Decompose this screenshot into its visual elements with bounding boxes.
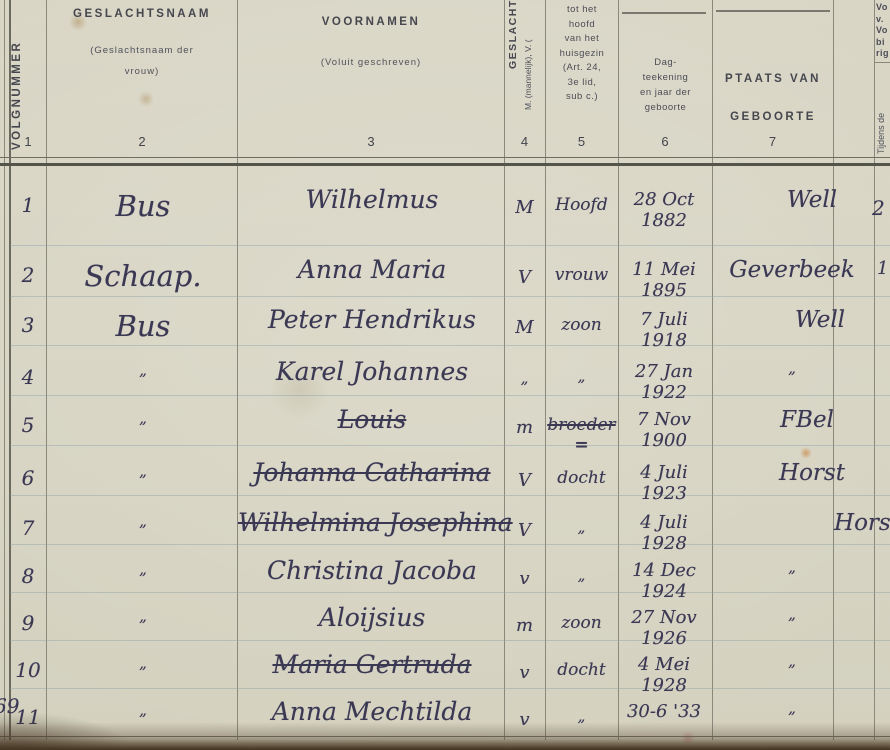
ruling-line: [10, 345, 890, 346]
first-names: Wilhelmus: [238, 185, 506, 214]
grid-line: [622, 12, 706, 14]
ruling-line: [10, 445, 890, 446]
relation-correction-mark: =: [545, 435, 618, 455]
birth-place: Horst: [732, 460, 890, 486]
ruling-line: [10, 640, 890, 641]
column-number-4: 4: [504, 134, 545, 149]
sex-mark: m: [504, 615, 545, 636]
ruling-line: [10, 495, 890, 496]
row-number: 9: [8, 611, 48, 635]
sex-mark: v: [504, 568, 545, 589]
column-volgnummer-title: VOLGNUMMER: [3, 0, 31, 220]
surname: „: [50, 462, 236, 480]
birth-place: Well: [732, 187, 890, 213]
row-number: 3: [8, 313, 48, 337]
surname: „: [50, 409, 236, 427]
birth-place: „: [712, 558, 872, 576]
birth-date: 7 Nov 1900: [614, 409, 714, 451]
sex-mark: V: [504, 267, 545, 288]
column-number-1: 1: [10, 134, 46, 149]
row-number: 1: [8, 193, 48, 217]
row-number: 8: [8, 564, 48, 588]
grid-line: [874, 62, 890, 63]
column-number-7: 7: [712, 134, 833, 149]
birth-date: 30-6 '33: [614, 701, 714, 722]
birth-place: „: [712, 359, 872, 377]
column-geslacht-subtitle: M. (mannelijk), V. (: [523, 0, 537, 110]
surname: „: [50, 654, 236, 672]
relation-to-head: docht: [545, 468, 618, 488]
grid-line: [0, 157, 890, 158]
first-names: Anna Maria: [238, 255, 506, 284]
sex-mark: M: [504, 317, 545, 338]
column-voornamen-title: VOORNAMEN: [238, 16, 504, 28]
column-betrekking-title: tot het hoofd van het huisgezin (Art. 24…: [546, 3, 618, 105]
surname: Bus: [50, 309, 236, 343]
first-names: Louis: [238, 405, 506, 434]
birth-date: 27 Nov 1926: [614, 607, 714, 649]
surname: „: [50, 512, 236, 530]
column-geslacht-title: GESLACHT: [505, 0, 521, 110]
birth-place: FBel: [727, 407, 887, 433]
column-plaats-title: PTAATS VAN GEBOORTE: [713, 60, 833, 136]
birth-date: 4 Mei 1928: [614, 654, 714, 696]
row-number: 7: [8, 516, 48, 540]
sex-mark: V: [504, 470, 545, 491]
surname: Bus: [50, 189, 236, 223]
surname: Schaap.: [50, 259, 236, 293]
grid-line: [0, 163, 890, 166]
grid-line: [874, 0, 875, 740]
birth-place: „: [712, 605, 872, 623]
birth-place: Horst: [787, 510, 890, 536]
birth-date: 11 Mei 1895: [614, 259, 714, 301]
edge-column-header-fragments: Vo v. Vo bi rig: [876, 2, 890, 60]
edge-column-vertical-label: Tijdens de: [876, 68, 889, 154]
sex-mark: V: [504, 520, 545, 541]
relation-to-head: docht: [545, 660, 618, 680]
surname: „: [50, 560, 236, 578]
birth-date: 28 Oct 1882: [614, 189, 714, 231]
column-number-5: 5: [545, 134, 618, 149]
relation-to-head: „: [545, 518, 618, 536]
birth-date: 4 Juli 1928: [614, 512, 714, 554]
relation-to-head: Hoofd: [545, 195, 618, 215]
first-names: Aloijsius: [238, 603, 506, 632]
first-names: Johanna Catharina: [238, 458, 506, 487]
birth-date: 27 Jan 1922: [614, 361, 714, 403]
register-page: VOLGNUMMER GESLACHTSNAAM (Geslachtsnaam …: [0, 0, 890, 750]
column-number-2: 2: [47, 134, 237, 149]
birth-place: Well: [740, 307, 890, 333]
scan-bottom-edge: [0, 722, 890, 750]
ruling-line: [10, 688, 890, 689]
birth-date: 14 Dec 1924: [614, 560, 714, 602]
first-names: Peter Hendrikus: [238, 305, 506, 334]
first-names: Christina Jacoba: [238, 556, 506, 585]
right-margin-fragment-row1: 2: [872, 196, 890, 220]
sex-mark: m: [504, 417, 545, 438]
relation-to-head: broeder: [545, 415, 618, 435]
relation-to-head: „: [545, 367, 618, 385]
row-number: 2: [8, 263, 48, 287]
relation-to-head: vrouw: [545, 265, 618, 285]
column-voornamen-subtitle: (Voluit geschreven): [238, 52, 504, 73]
first-names: Maria Gertruda: [238, 650, 506, 679]
column-number-3: 3: [238, 134, 504, 149]
first-names: Karel Johannes: [238, 357, 506, 386]
grid-line: [716, 10, 830, 12]
ruling-line: [10, 296, 890, 297]
surname: „: [50, 361, 236, 379]
relation-to-head: zoon: [545, 315, 618, 335]
ruling-line: [10, 245, 890, 246]
column-number-6: 6: [618, 134, 712, 149]
surname: „: [50, 607, 236, 625]
column-dagteekening-title: Dag- teekening en jaar der geboorte: [619, 55, 712, 115]
row-number: 4: [8, 365, 48, 389]
relation-to-head: „: [545, 566, 618, 584]
ruling-line: [10, 395, 890, 396]
ruling-line: [10, 544, 890, 545]
birth-date: 7 Juli 1918: [614, 309, 714, 351]
sex-mark: „: [504, 369, 545, 387]
sex-mark: v: [504, 662, 545, 683]
birth-place: Geverbeek: [712, 257, 872, 283]
relation-to-head: zoon: [545, 613, 618, 633]
ruling-line: [10, 592, 890, 593]
row-number: 10: [8, 658, 48, 682]
first-names: Wilhelmina Josephina: [238, 508, 506, 537]
birth-place: „: [712, 652, 872, 670]
right-margin-fragment-row2: 1: [877, 258, 890, 279]
sex-mark: M: [504, 197, 545, 218]
row-number: 6: [8, 466, 48, 490]
birth-place: „: [712, 699, 872, 717]
column-geslachtsnaam-title: GESLACHTSNAAM: [47, 8, 237, 20]
birth-date: 4 Juli 1923: [614, 462, 714, 504]
column-geslachtsnaam-subtitle: (Geslachtsnaam der vrouw): [47, 40, 237, 82]
row-number: 5: [8, 413, 48, 437]
